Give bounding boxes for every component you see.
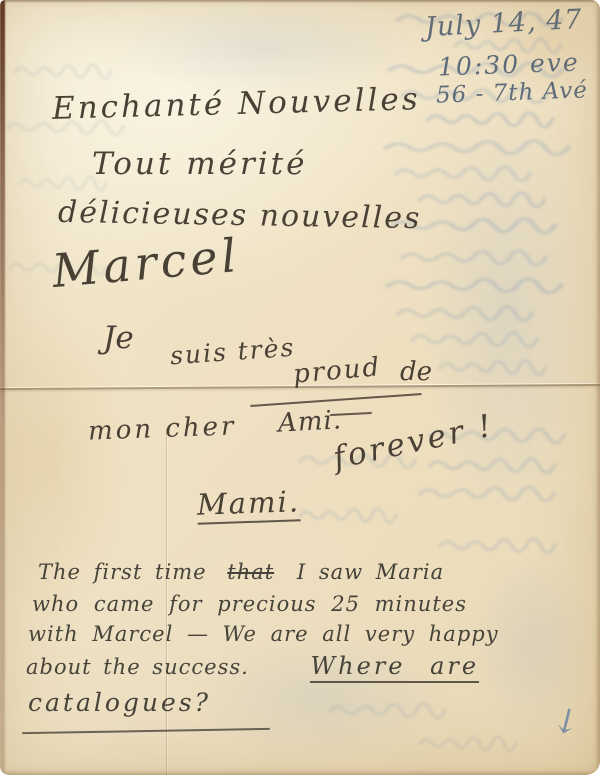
english-line-4-emph: Where are — [310, 652, 479, 683]
english-line-1-post: I saw Maria — [297, 560, 444, 584]
words-mon-cher: mon cher — [88, 411, 237, 446]
signature-text: Mami. — [196, 484, 300, 525]
english-line-1: The first time that I saw Maria — [38, 560, 444, 584]
words-suis-tres: suis très — [169, 333, 296, 371]
word-de: de — [400, 357, 432, 387]
down-arrow-icon: ↓ — [548, 699, 585, 745]
english-line-5: catalogues? — [28, 688, 211, 717]
date-line: July 14, 47 — [424, 4, 583, 43]
underline-catalogues — [22, 728, 270, 734]
french-line-1: Enchanté Nouvelles — [52, 81, 422, 127]
word-ami: Ami. — [277, 405, 342, 438]
paper-edge-bottom — [0, 770, 600, 775]
french-line-3: délicieuses nouvelles — [58, 195, 422, 236]
english-line-3: with Marcel — We are all very happy — [28, 622, 499, 646]
english-line-4-pre: about the success. — [26, 655, 249, 679]
word-je: Je — [103, 320, 134, 356]
letter-page: July 14, 47 10:30 eve 56 - 7th Avé Encha… — [0, 0, 600, 775]
french-line-2: Tout mérité — [92, 146, 308, 182]
paper-edge-right — [595, 0, 600, 775]
name-marcel: Marcel — [50, 228, 242, 298]
word-forever: forever ! — [330, 407, 497, 476]
english-line-1-pre: The first time — [38, 560, 207, 584]
english-line-1-struck: that — [227, 560, 274, 584]
address-line: 56 - 7th Avé — [436, 77, 589, 108]
time-line: 10:30 eve — [438, 48, 581, 82]
paper-stain — [110, 0, 420, 95]
paper-edge-left — [0, 0, 5, 775]
paper-edge-top — [0, 0, 600, 3]
paper-stain — [420, 100, 595, 530]
word-proud: proud — [292, 352, 382, 390]
english-line-2: who came for precious 25 minutes — [32, 592, 467, 616]
signature-mami: Mami. — [196, 484, 300, 522]
english-line-4: about the success. Where are — [26, 652, 479, 680]
